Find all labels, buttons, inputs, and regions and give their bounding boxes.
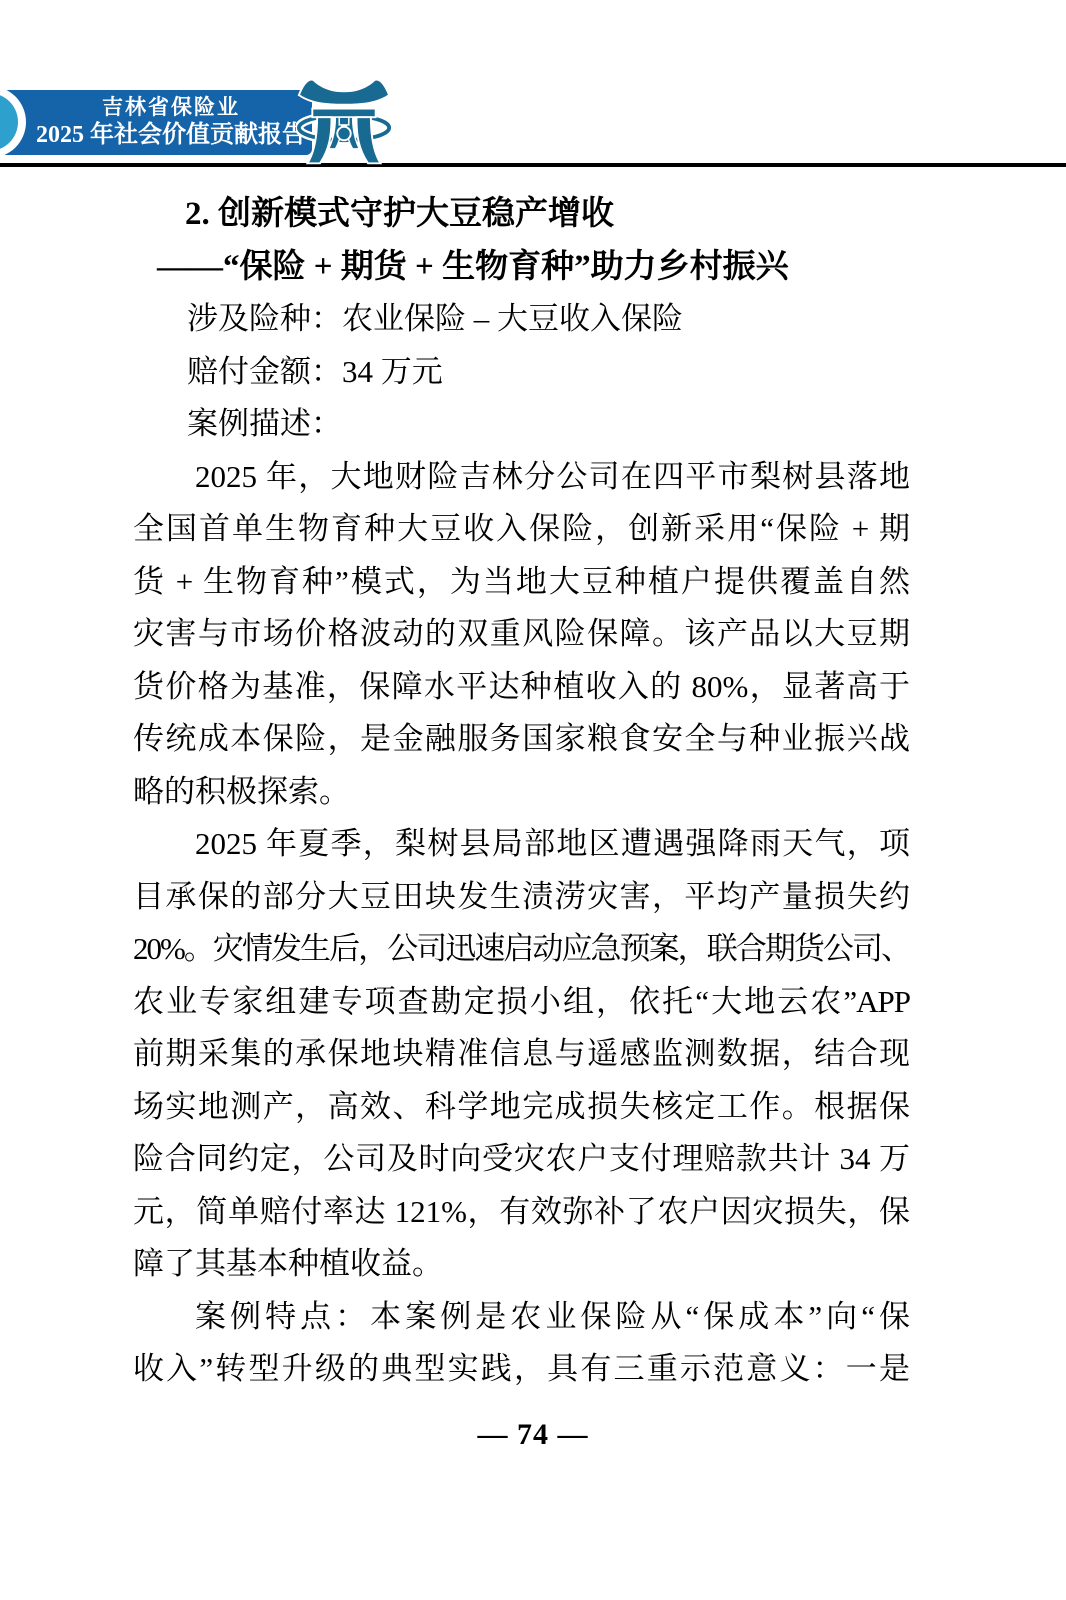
- body-line: 元，简单赔付率达 121%，有效弥补了农户因灾损失，保: [133, 1186, 910, 1239]
- body-line: 场实地测产，高效、科学地完成损失核定工作。根据保: [133, 1081, 910, 1134]
- body-line: 2025 年，大地财险吉林分公司在四平市梨树县落地: [133, 451, 910, 504]
- header-rule: [0, 163, 1066, 167]
- article-body: 2. 创新模式守护大豆稳产增收 ——“保险 + 期货 + 生物育种”助力乡村振兴…: [133, 188, 910, 1396]
- body-line: 案例特点：本案例是农业保险从“保成本”向“保: [133, 1291, 910, 1344]
- meta-line-payout-amount: 赔付金额：34 万元: [133, 346, 910, 399]
- body-line: 前期采集的承保地块精准信息与遥感监测数据，结合现: [133, 1028, 910, 1081]
- body-line: 灾害与市场价格波动的双重风险保障。该产品以大豆期: [133, 608, 910, 661]
- body-line: 农业专家组建专项查勘定损小组，依托“大地云农”APP: [133, 976, 910, 1029]
- banner-title-line2: 2025 年社会价值贡献报告: [36, 120, 306, 150]
- body-line: 20%。灾情发生后，公司迅速启动应急预案，联合期货公司、: [133, 923, 910, 976]
- body-line: 障了其基本种植收益。: [133, 1238, 910, 1291]
- case-title-line2: ——“保险 + 期货 + 生物育种”助力乡村振兴: [133, 241, 910, 294]
- body-line: 收入”转型升级的典型实践，具有三重示范意义：一是: [133, 1343, 910, 1396]
- body-line: 略的积极探索。: [133, 766, 910, 819]
- jilin-insurance-gate-emblem-icon: [296, 74, 392, 170]
- body-line: 2025 年夏季，梨树县局部地区遭遇强降雨天气，项: [133, 818, 910, 871]
- meta-line-insurance-type: 涉及险种：农业保险 – 大豆收入保险: [133, 293, 910, 346]
- header-banner: 吉林省保险业 2025 年社会价值贡献报告: [0, 90, 312, 155]
- banner-title-line1: 吉林省保险业: [36, 94, 306, 120]
- page-number: — 74 —: [0, 1418, 1066, 1452]
- case-title-line1: 2. 创新模式守护大豆稳产增收: [133, 188, 910, 241]
- header-banner-text: 吉林省保险业 2025 年社会价值贡献报告: [36, 94, 306, 153]
- body-line: 目承保的部分大豆田块发生渍涝灾害，平均产量损失约: [133, 871, 910, 924]
- body-line: 货价格为基准，保障水平达种植收入的 80%，显著高于: [133, 661, 910, 714]
- body-line: 全国首单生物育种大豆收入保险，创新采用“保险 + 期: [133, 503, 910, 556]
- body-line: 传统成本保险，是金融服务国家粮食安全与种业振兴战: [133, 713, 910, 766]
- body-line: 货 + 生物育种”模式，为当地大豆种植户提供覆盖自然: [133, 556, 910, 609]
- body-line: 险合同约定，公司及时向受灾农户支付理赔款共计 34 万: [133, 1133, 910, 1186]
- report-page: 吉林省保险业 2025 年社会价值贡献报告 2. 创新模式守护大豆稳产增收 ——…: [0, 0, 1066, 1600]
- meta-line-case-description-label: 案例描述：: [133, 398, 910, 451]
